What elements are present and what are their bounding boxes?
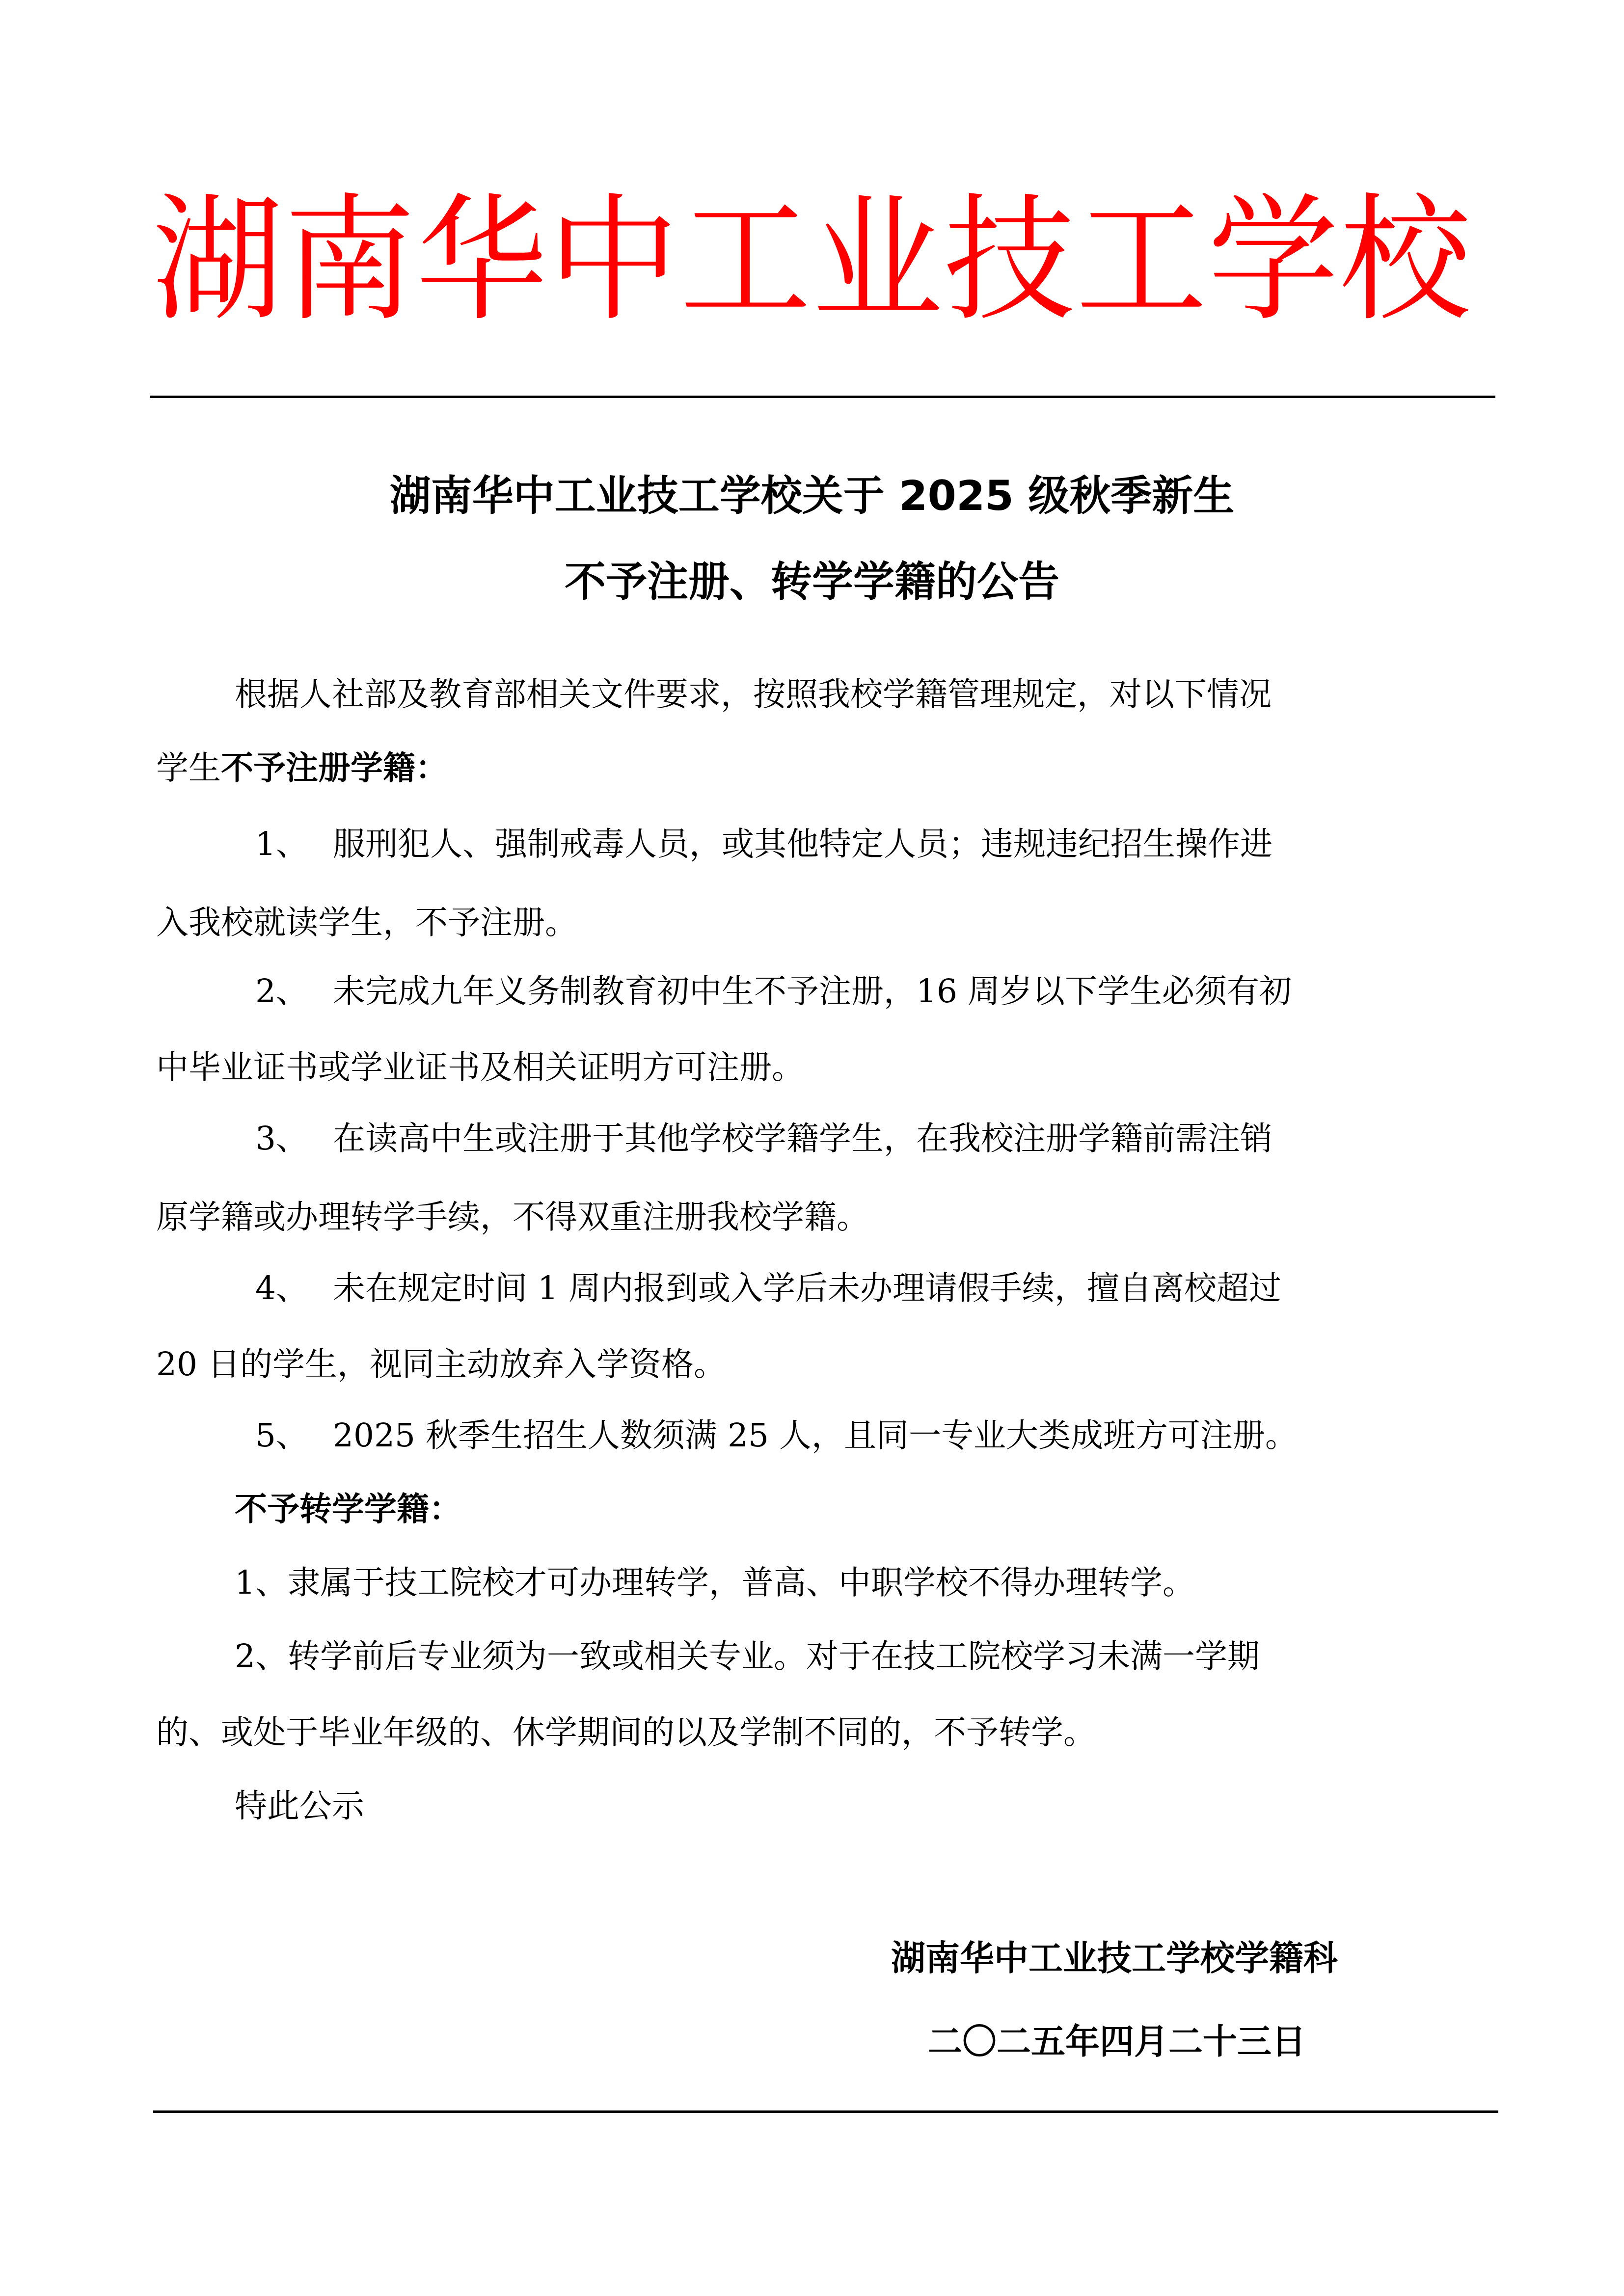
notice-title-line-2: 不予注册、转学学籍的公告 bbox=[0, 557, 1624, 606]
no-registration-heading: 不予注册学籍： bbox=[221, 749, 448, 787]
footer-divider bbox=[153, 2110, 1498, 2113]
school-masthead: 湖南华中工业技工学校 bbox=[32, 187, 1592, 334]
no-transfer-item-2-line-1: 2、转学前后专业须为一致或相关专业。对于在技工院校学习未满一学期 bbox=[235, 1634, 1260, 1679]
item-number: 3、 bbox=[255, 1120, 308, 1157]
intro-line-2: 学生不予注册学籍： bbox=[156, 746, 448, 790]
item-number: 1、 bbox=[255, 825, 308, 863]
header-divider bbox=[150, 396, 1495, 398]
item-number: 4、 bbox=[255, 1269, 308, 1307]
signature-department: 湖南华中工业技工学校学籍科 bbox=[891, 1936, 1338, 1980]
item-number: 5、 bbox=[255, 1416, 308, 1454]
item-number: 2、 bbox=[255, 972, 308, 1010]
no-registration-item-3-line-1: 3、在读高中生或注册于其他学校学籍学生，在我校注册学籍前需注销 bbox=[255, 1117, 1272, 1161]
no-transfer-item-2-line-2: 的、或处于毕业年级的、休学期间的以及学制不同的，不予转学。 bbox=[156, 1710, 1096, 1755]
intro-line-1: 根据人社部及教育部相关文件要求，按照我校学籍管理规定，对以下情况 bbox=[235, 672, 1272, 717]
no-registration-item-1-line-1: 1、服刑犯人、强制戒毒人员，或其他特定人员；违规违纪招生操作进 bbox=[255, 822, 1272, 866]
no-registration-item-2-line-1: 2、未完成九年义务制教育初中生不予注册，16 周岁以下学生必须有初 bbox=[255, 969, 1292, 1014]
no-registration-item-2-line-2: 中毕业证书或学业证书及相关证明方可注册。 bbox=[156, 1045, 804, 1090]
notice-title-line-1: 湖南华中工业技工学校关于 2025 级秋季新生 bbox=[0, 471, 1624, 520]
no-transfer-item-1: 1、隶属于技工院校才可办理转学，普高、中职学校不得办理转学。 bbox=[235, 1561, 1195, 1605]
no-registration-item-4-line-1: 4、未在规定时间 1 周内报到或入学后未办理请假手续，擅自离校超过 bbox=[255, 1266, 1281, 1310]
no-registration-item-3-line-2: 原学籍或办理转学手续，不得双重注册我校学籍。 bbox=[156, 1195, 869, 1239]
closing-statement: 特此公示 bbox=[235, 1784, 364, 1828]
no-transfer-heading: 不予转学学籍： bbox=[235, 1487, 461, 1531]
no-registration-item-5-line-1: 5、2025 秋季生招生人数须满 25 人，且同一专业大类成班方可注册。 bbox=[255, 1414, 1298, 1458]
no-registration-item-4-line-2: 20 日的学生，视同主动放弃入学资格。 bbox=[156, 1342, 726, 1387]
intro-prefix: 学生 bbox=[156, 749, 221, 787]
signature-date: 二〇二五年四月二十三日 bbox=[928, 2020, 1306, 2064]
no-registration-item-1-line-2: 入我校就读学生，不予注册。 bbox=[156, 901, 577, 945]
